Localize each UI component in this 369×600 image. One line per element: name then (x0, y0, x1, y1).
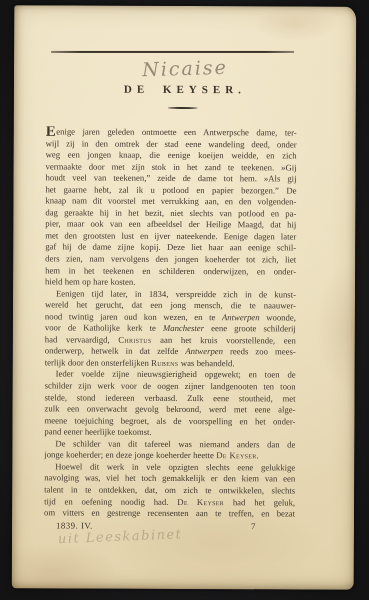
header-rule (51, 51, 294, 53)
paragraph: Hoewel dit werk in vele opzigten slechts… (44, 461, 295, 520)
sheet-number: 7 (251, 521, 255, 531)
paragraph: Eenige jaren geleden ontmoette een Antwe… (45, 126, 297, 289)
pencil-annotation-name: Nicaise (14, 53, 357, 85)
book-page: Nicaise DE KEYSER. Eenige jaren geleden … (12, 5, 357, 589)
paragraph: Eenigen tijd later, in 1834, verspreidde… (45, 288, 296, 370)
title-divider-rule (168, 107, 198, 109)
paragraph: De schilder van dit tafereel was niemand… (44, 438, 295, 462)
paragraph: Ieder voelde zijne nieuwsgierigheid opge… (44, 369, 295, 439)
page-title: DE KEYSER. (14, 83, 356, 96)
text-block: Eenige jaren geleden ontmoette een Antwe… (44, 126, 297, 533)
text-line: om vitters en gestrenge recensenten aan … (44, 507, 295, 520)
signature-mark: 1839. IV. (56, 521, 93, 531)
